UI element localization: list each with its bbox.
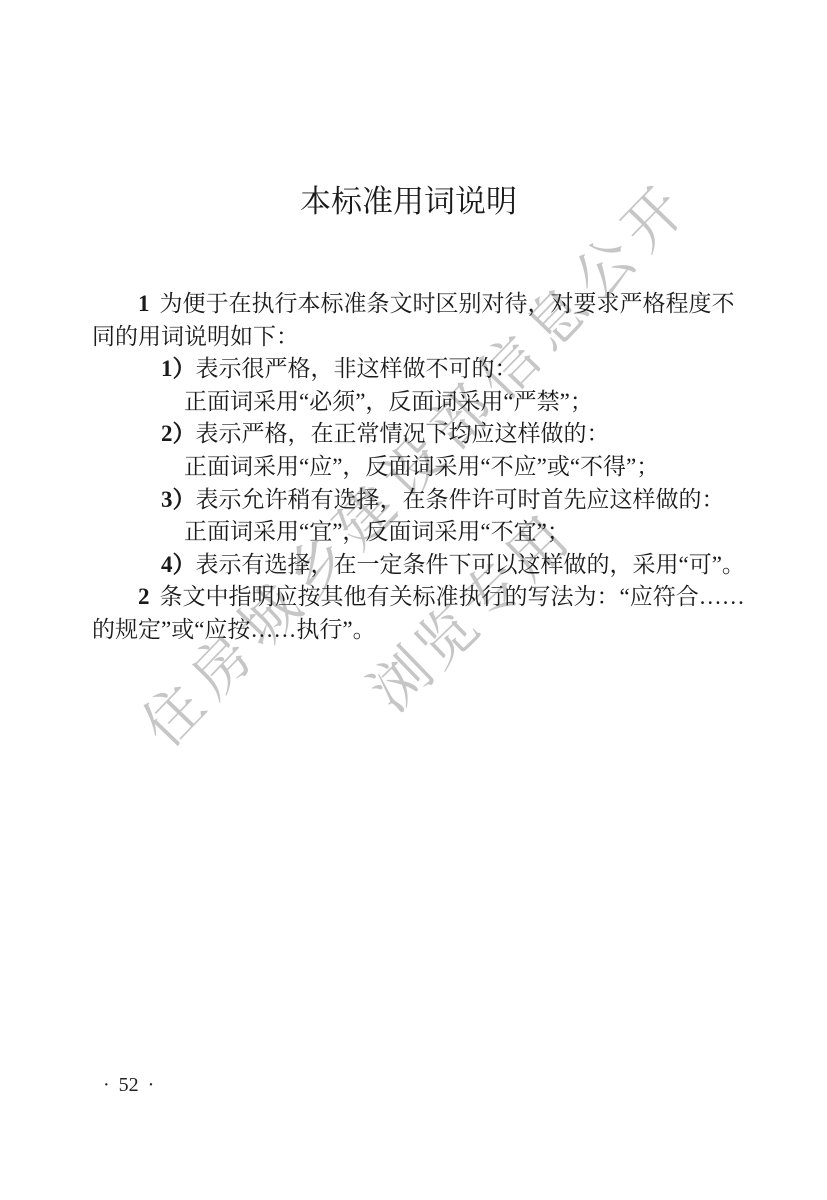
page-number-footer: ·52· [103,1072,154,1098]
body-line: 3）表示允许稍有选择，在条件许可时首先应这样做的： [92,484,772,517]
line-number: 1 [138,291,150,316]
line-text: 条文中指明应按其他有关标准执行的写法为：“应符合…… [160,584,745,609]
body-line: 4）表示有选择，在一定条件下可以这样做的，采用“可”。 [92,549,772,582]
line-number: 1） [161,356,196,381]
body-line: 2条文中指明应按其他有关标准执行的写法为：“应符合…… [92,581,772,614]
body-line: 正面词采用“宜”，反面词采用“不宜”； [92,516,772,549]
line-text: 的规定”或“应按……执行”。 [92,617,376,642]
body-line: 正面词采用“应”，反面词采用“不应”或“不得”； [92,451,772,484]
line-number: 4） [161,552,196,577]
footer-left-dot: · [103,1074,110,1096]
body-line: 1）表示很严格，非这样做不可的： [92,353,772,386]
line-number: 2） [161,421,196,446]
body-line: 同的用词说明如下： [92,321,772,354]
line-text: 正面词采用“应”，反面词采用“不应”或“不得”； [184,454,659,479]
body-line: 1为便于在执行本标准条文时区别对待，对要求严格程度不 [92,288,772,321]
line-text: 表示严格，在正常情况下均应这样做的： [196,421,610,446]
line-number: 3） [161,487,196,512]
footer-right-dot: · [148,1074,155,1096]
line-text: 同的用词说明如下： [92,324,299,349]
line-text: 表示有选择，在一定条件下可以这样做的，采用“可”。 [196,552,745,577]
line-text: 为便于在执行本标准条文时区别对待，对要求严格程度不 [160,291,735,316]
body-line: 2）表示严格，在正常情况下均应这样做的： [92,418,772,451]
line-text: 表示很严格，非这样做不可的： [196,356,518,381]
document-page: 住房城乡建设部信息公开 浏览专用 本标准用词说明 1为便于在执行本标准条文时区别… [0,0,827,1200]
line-text: 正面词采用“宜”，反面词采用“不宜”； [184,519,570,544]
body-line: 的规定”或“应按……执行”。 [92,614,772,647]
line-text: 表示允许稍有选择，在条件许可时首先应这样做的： [196,487,725,512]
line-number: 2 [138,584,150,609]
page-title: 本标准用词说明 [300,184,517,220]
body-text: 1为便于在执行本标准条文时区别对待，对要求严格程度不同的用词说明如下：1）表示很… [92,288,772,647]
line-text: 正面词采用“必须”，反面词采用“严禁”； [184,389,593,414]
body-line: 正面词采用“必须”，反面词采用“严禁”； [92,386,772,419]
footer-page-number: 52 [119,1074,139,1096]
